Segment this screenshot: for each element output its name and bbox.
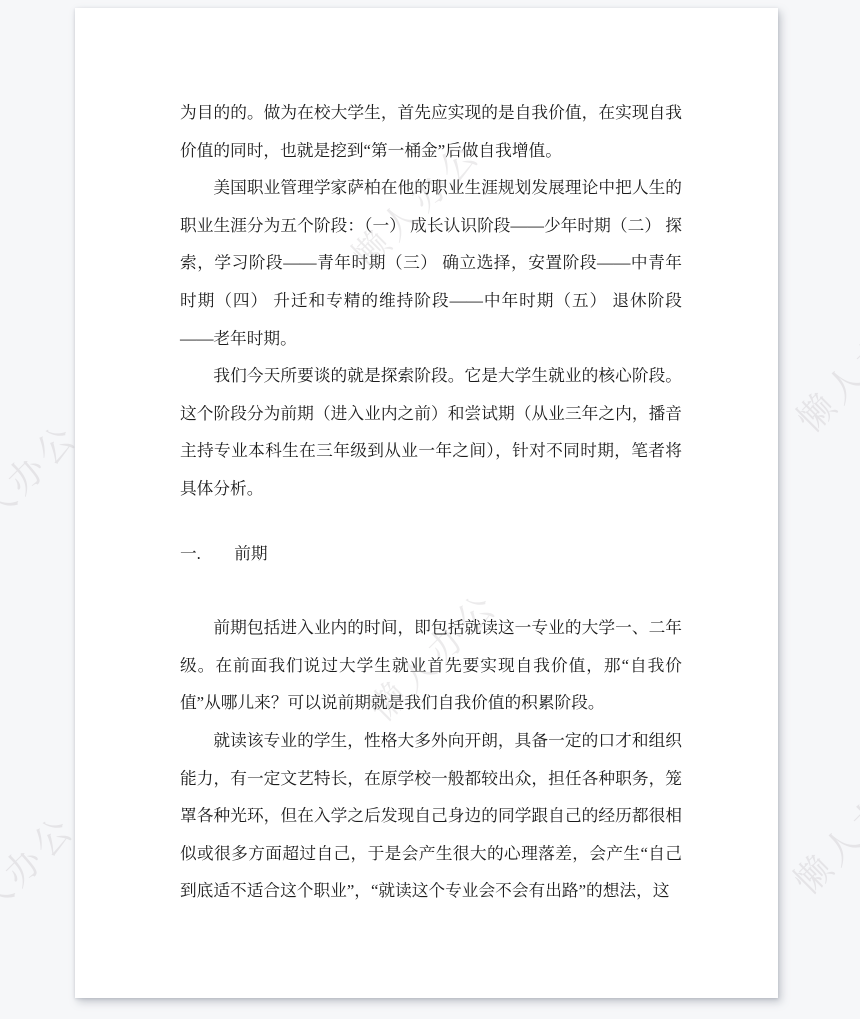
paragraph: 前期包括进入业内的时间，即包括就读这一专业的大学一、二年级。在前面我们说过大学生…: [180, 609, 682, 722]
paragraph: 美国职业管理学家萨柏在他的职业生涯规划发展理论中把人生的职业生涯分为五个阶段：（…: [180, 169, 682, 357]
document-page: 为目的的。做为在校大学生，首先应实现的是自我价值，在实现自我价值的同时，也就是挖…: [75, 8, 778, 998]
watermark-text: 懒人办公: [0, 802, 85, 954]
section-heading: 一. 前期: [180, 535, 682, 573]
paragraph: 我们今天所要谈的就是探索阶段。它是大学生就业的核心阶段。这个阶段分为前期（进入业…: [180, 357, 682, 507]
watermark-text: 懒人办公: [784, 290, 860, 442]
paragraph: 就读该专业的学生，性格大多外向开朗，具备一定的口才和组织能力，有一定文艺特长，在…: [180, 722, 682, 910]
watermark-text: 懒人办公: [781, 752, 860, 904]
document-content: 为目的的。做为在校大学生，首先应实现的是自我价值，在实现自我价值的同时，也就是挖…: [180, 94, 682, 910]
paragraph-continuation: 为目的的。做为在校大学生，首先应实现的是自我价值，在实现自我价值的同时，也就是挖…: [180, 94, 682, 169]
document-viewer: 为目的的。做为在校大学生，首先应实现的是自我价值，在实现自我价值的同时，也就是挖…: [0, 0, 860, 1019]
